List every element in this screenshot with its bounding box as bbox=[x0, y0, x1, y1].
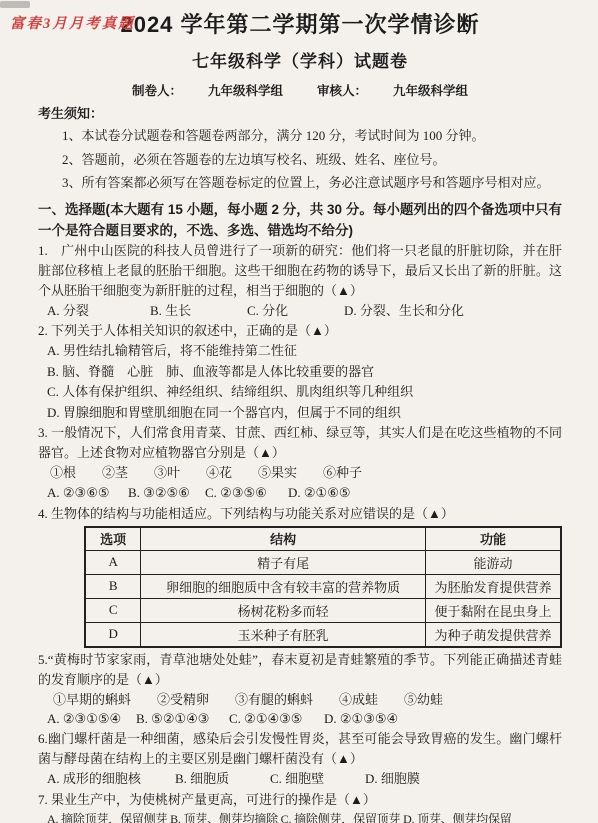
table-row: A 精子有尾 能游动 bbox=[85, 550, 561, 574]
table-row: D 玉米种子有胚乳 为种子萌发提供营养 bbox=[85, 622, 561, 647]
question-6-options: A. 成形的细胞核 B. 细胞质 C. 细胞壁 D. 细胞膜 bbox=[38, 769, 562, 790]
notice-item-2: 2、答题前，必须在答题卷的左边填写校名、班级、姓名、座位号。 bbox=[38, 148, 562, 172]
q3-option-b: B. ③②⑤⑥ bbox=[128, 483, 205, 504]
reviewer-value: 九年级科学组 bbox=[393, 84, 468, 98]
table-header-function: 功能 bbox=[426, 527, 561, 551]
q5-option-b: B. ⑤②①④③ bbox=[136, 709, 229, 730]
q1-option-d: D. 分裂、生长和分化 bbox=[344, 301, 464, 322]
section-heading: 一、选择题(本大题有 15 小题，每小题 2 分，共 30 分。每小题列出的四个… bbox=[38, 199, 562, 241]
maker-label: 制卷人： bbox=[132, 84, 182, 98]
q1-option-c: C. 分化 bbox=[247, 301, 344, 322]
q5-option-d: D. ②①③⑤④ bbox=[324, 709, 398, 730]
paper-subtitle: 七年级科学（学科）试题卷 bbox=[38, 50, 562, 74]
table-header-row: 选项 结构 功能 bbox=[85, 527, 561, 551]
q6-option-d: D. 细胞膜 bbox=[365, 769, 420, 790]
question-5-items: ①早期的蝌蚪 ②受精卵 ③有腿的蝌蚪 ④成蛙 ⑤幼蛙 bbox=[38, 690, 562, 709]
table-cell: 为种子萌发提供营养 bbox=[426, 622, 561, 647]
table-cell: 卵细胞的细胞质中含有较丰富的营养物质 bbox=[141, 574, 426, 598]
question-4-table: 选项 结构 功能 A 精子有尾 能游动 B 卵细胞的细胞质中含有较丰富的营养物质… bbox=[84, 526, 562, 648]
q2-option-c: C. 人体有保护组织、神经组织、结缔组织、肌肉组织等几种组织 bbox=[38, 382, 562, 403]
q5-option-a: A. ②③①⑤④ bbox=[47, 709, 136, 730]
table-cell: 精子有尾 bbox=[141, 550, 426, 574]
question-2-stem: 2. 下列关于人体相关知识的叙述中，正确的是（▲） bbox=[38, 321, 562, 341]
exam-paper-page: 富春3月月考真题 2024 学年第二学期第一次学情诊断 七年级科学（学科）试题卷… bbox=[0, 0, 598, 823]
maker-value: 九年级科学组 bbox=[208, 84, 283, 98]
question-1-options: A. 分裂 B. 生长 C. 分化 D. 分裂、生长和分化 bbox=[38, 301, 562, 322]
question-7-stem: 7. 果业生产中，为使桃树产量更高，可进行的操作是（▲） bbox=[38, 790, 562, 810]
q3-option-a: A. ②③⑥⑤ bbox=[47, 483, 128, 504]
table-cell: A bbox=[85, 550, 141, 574]
q6-option-c: C. 细胞壁 bbox=[270, 769, 365, 790]
q6-option-a: A. 成形的细胞核 bbox=[47, 769, 175, 790]
q2-option-d: D. 胃腺细胞和胃壁肌细胞在同一个器官内，但属于不同的组织 bbox=[38, 403, 562, 424]
question-5-stem: 5.“黄梅时节家家雨，青草池塘处处蛙”，春末夏初是青蛙繁殖的季节。下列能正确描述… bbox=[38, 650, 562, 690]
question-6-stem: 6.幽门螺杆菌是一种细菌，感染后会引发慢性胃炎，甚至可能会导致胃癌的发生。幽门螺… bbox=[38, 729, 562, 769]
q2-option-a: A. 男性结扎输精管后，将不能维持第二性征 bbox=[38, 341, 562, 362]
question-3-stem: 3. 一般情况下，人们常食用青菜、甘蔗、西红柿、绿豆等，其实人们是在吃这些植物的… bbox=[38, 423, 562, 463]
reviewer-label: 审核人： bbox=[317, 84, 367, 98]
question-3-items: ①根 ②茎 ③叶 ④花 ⑤果实 ⑥种子 bbox=[38, 463, 562, 483]
question-7-options: A. 摘除顶芽，保留侧芽 B. 顶芽、侧芽均摘除 C. 摘除侧芽，保留顶芽 D.… bbox=[38, 810, 562, 823]
q6-option-b: B. 细胞质 bbox=[175, 769, 270, 790]
question-1-stem: 1. 广州中山医院的科技人员曾进行了一项新的研究：他们将一只老鼠的肝脏切除，并在… bbox=[38, 241, 562, 301]
table-header-option: 选项 bbox=[85, 527, 141, 551]
table-cell: 便于黏附在昆虫身上 bbox=[426, 598, 561, 622]
table-row: C 杨树花粉多而轻 便于黏附在昆虫身上 bbox=[85, 598, 561, 622]
table-cell: 玉米种子有胚乳 bbox=[141, 622, 426, 647]
table-cell: B bbox=[85, 574, 141, 598]
question-5-options: A. ②③①⑤④ B. ⑤②①④③ C. ②①④③⑤ D. ②①③⑤④ bbox=[38, 709, 562, 730]
q3-option-d: D. ②①⑥⑤ bbox=[288, 483, 351, 504]
notice-item-1: 1、本试卷分试题卷和答题卷两部分，满分 120 分，考试时间为 100 分钟。 bbox=[38, 124, 562, 148]
red-stamp-annotation: 富春3月月考真题 bbox=[10, 12, 135, 33]
table-cell: 为胚胎发育提供营养 bbox=[426, 574, 561, 598]
table-header-structure: 结构 bbox=[141, 527, 426, 551]
makers-line: 制卷人：九年级科学组审核人：九年级科学组 bbox=[38, 82, 562, 100]
table-row: B 卵细胞的细胞质中含有较丰富的营养物质 为胚胎发育提供营养 bbox=[85, 574, 561, 598]
scan-smudge-mark bbox=[0, 1, 30, 8]
q3-option-c: C. ②③⑤⑥ bbox=[205, 483, 288, 504]
notice-title: 考生须知： bbox=[38, 103, 562, 124]
question-3-options: A. ②③⑥⑤ B. ③②⑤⑥ C. ②③⑤⑥ D. ②①⑥⑤ bbox=[38, 483, 562, 504]
q1-option-b: B. 生长 bbox=[150, 301, 247, 322]
notice-item-3: 3、所有答案都必须写在答题卷标定的位置上，务必注意试题序号和答题序号相对应。 bbox=[38, 171, 562, 195]
table-cell: C bbox=[85, 598, 141, 622]
q1-option-a: A. 分裂 bbox=[47, 301, 150, 322]
table-cell: 杨树花粉多而轻 bbox=[141, 598, 426, 622]
table-cell: D bbox=[85, 622, 141, 647]
q2-option-b: B. 脑、脊髓 心脏 肺、血液等都是人体比较重要的器官 bbox=[38, 362, 562, 383]
table-cell: 能游动 bbox=[426, 550, 561, 574]
question-4-stem: 4. 生物体的结构与功能相适应。下列结构与功能关系对应错误的是（▲） bbox=[38, 504, 562, 524]
q5-option-c: C. ②①④③⑤ bbox=[229, 709, 324, 730]
